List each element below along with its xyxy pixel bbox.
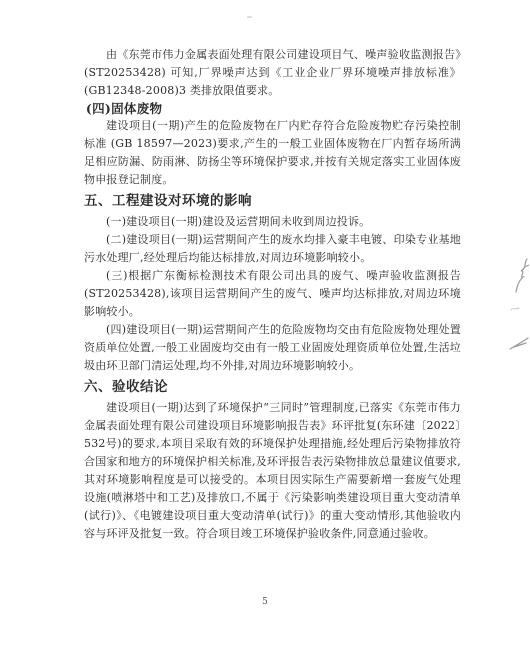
paragraph: 建设项目(一期)产生的危险废物在厂内贮存符合危险废物贮存污染控制标准 (GB 1… — [84, 117, 461, 189]
paragraph: 建设项目(一期)达到了环境保护“三同时”管理制度,已落实《东莞市伟力金属表面处理… — [84, 399, 461, 543]
paragraph: (一)建设项目(一期)建设及运营期间未收到周边投诉。 — [84, 213, 461, 231]
section-heading: 五、工程建设对环境的影响 — [84, 191, 461, 211]
paragraph: (四)建设项目(一期)运营期间产生的危险废物均交由有危险废物处理处置资质单位处置… — [84, 321, 461, 375]
handwriting-mark — [510, 306, 520, 312]
paragraph: (二)建设项目(一期)运营期间产生的废水均排入豪丰电镀、印染专业基地污水处理厂,… — [84, 231, 461, 267]
handwriting-mark — [514, 258, 530, 294]
paragraph: (三)根据广东衡标检测技术有限公司出具的废气、噪声验收监测报告(ST202534… — [84, 267, 461, 321]
handwriting-mark — [509, 336, 530, 351]
document-page: 由《东莞市伟力金属表面处理有限公司建设项目气、噪声验收监测报告》(ST20253… — [0, 0, 530, 650]
sub-section-heading: (四)固体废物 — [84, 100, 461, 117]
scan-speck — [247, 16, 252, 18]
section-heading: 六、验收结论 — [84, 377, 461, 397]
page-content: 由《东莞市伟力金属表面处理有限公司建设项目气、噪声验收监测报告》(ST20253… — [84, 46, 461, 543]
paragraph: 由《东莞市伟力金属表面处理有限公司建设项目气、噪声验收监测报告》(ST20253… — [84, 46, 461, 100]
page-number: 5 — [0, 597, 530, 607]
